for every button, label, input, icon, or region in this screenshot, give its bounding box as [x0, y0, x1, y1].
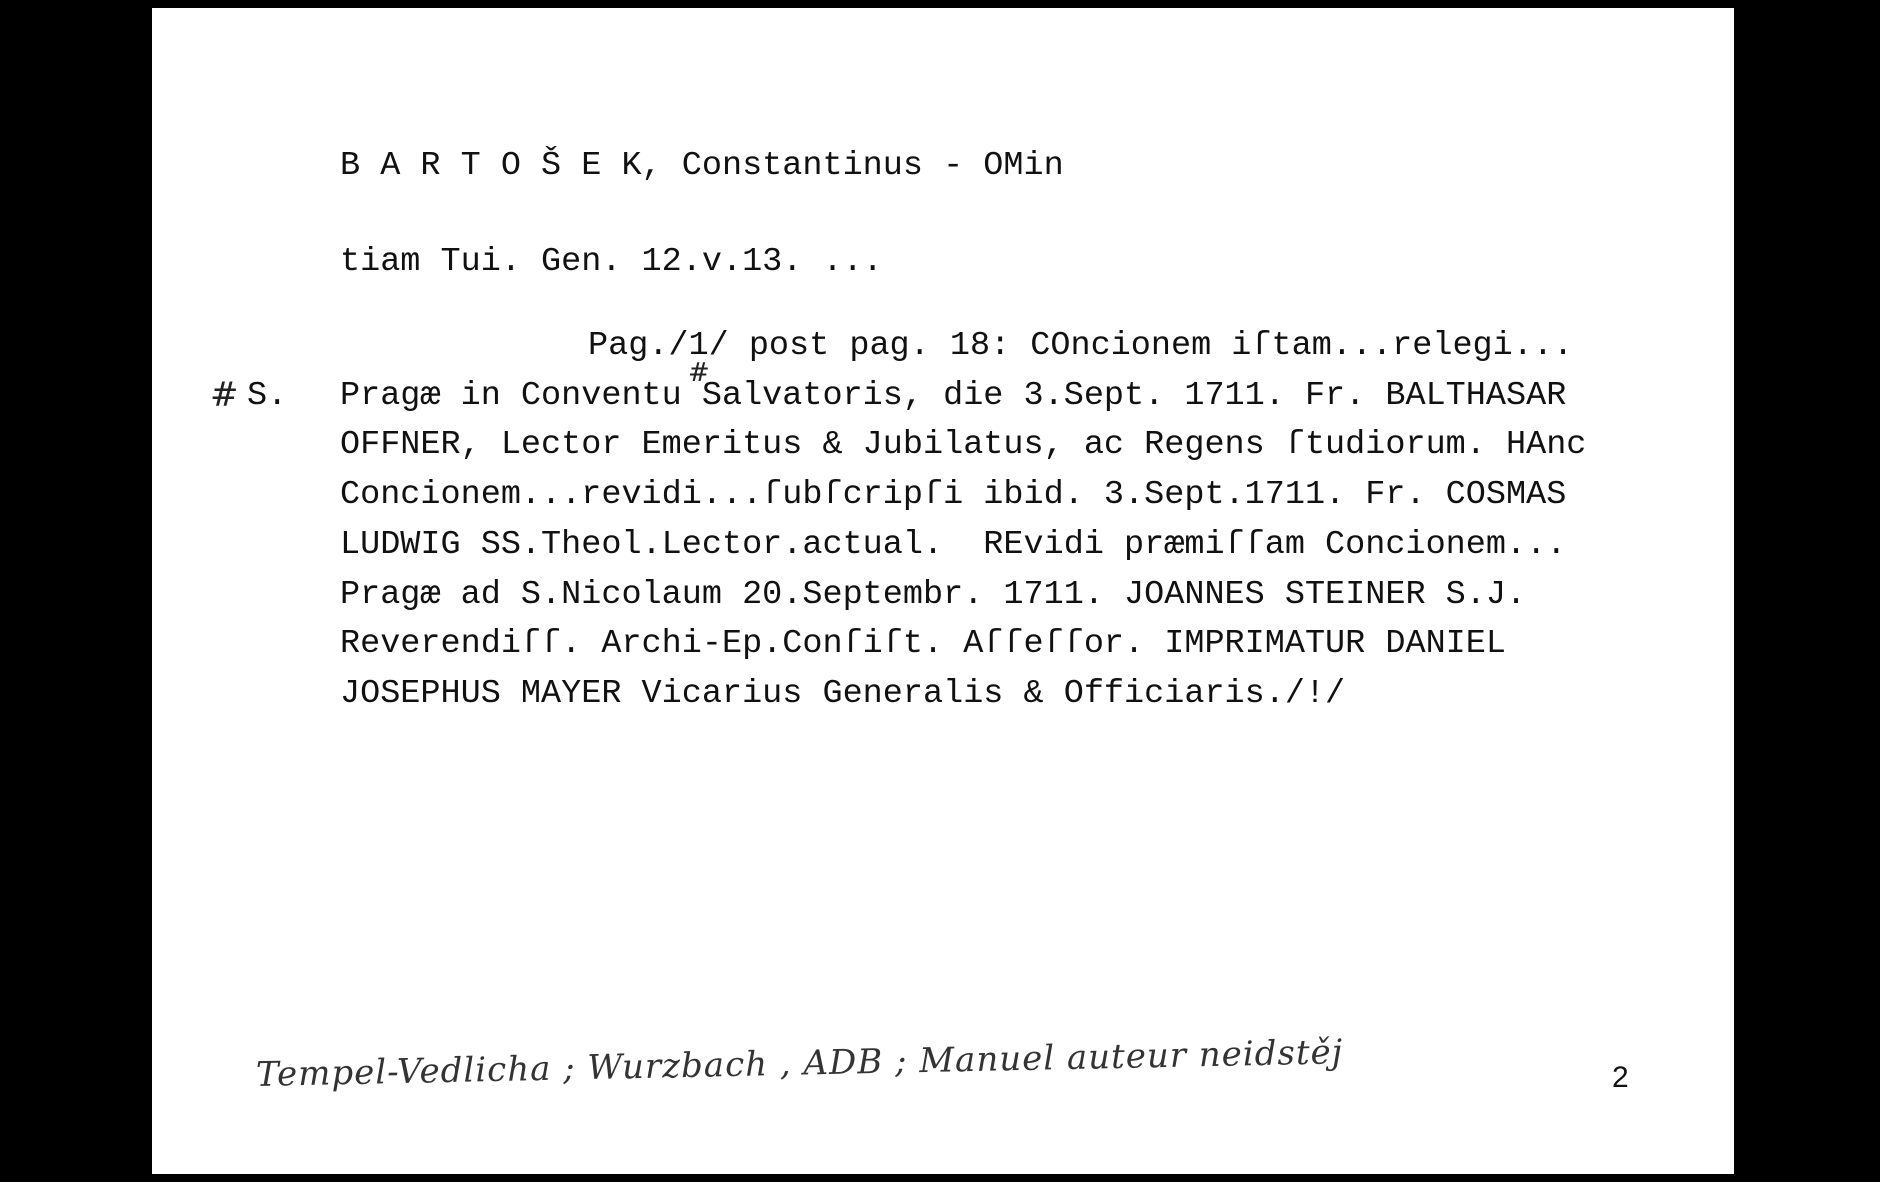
body-line-2: Pragæ in Conventu Salvatoris, die 3.Sept…	[340, 380, 1566, 414]
body-line-7: Reverendiſſ. Archi-Ep.Conſiſt. Aſſeſſor.…	[340, 628, 1506, 662]
body-line-4: Concionem...revidi...ſubſcripſi ibid. 3.…	[340, 479, 1566, 513]
body-line-6: Pragæ ad S.Nicolaum 20.Septembr. 1711. J…	[340, 579, 1526, 613]
body-line-5: LUDWIG SS.Theol.Lector.actual. REvidi pr…	[340, 529, 1566, 563]
handwritten-note: Tempel-Vedlicha ; Wurzbach , ADB ; Manue…	[256, 1035, 1344, 1092]
margin-label: S.	[247, 380, 287, 414]
body-line-3: OFFNER, Lector Emeritus & Jubilatus, ac …	[340, 429, 1586, 463]
title-fragment: tiam Tui. Gen. 12.v.13. ...	[340, 246, 883, 280]
index-card: B A R T O Š E K, Constantinus - OMin tia…	[152, 8, 1734, 1174]
hash-mark-icon: #	[210, 378, 239, 412]
body-line-1: Pag./1/ post pag. 18: COncionem iſtam...…	[588, 330, 1573, 364]
body-line-8: JOSEPHUS MAYER Vicarius Generalis & Offi…	[340, 678, 1345, 712]
card-heading: B A R T O Š E K, Constantinus - OMin	[340, 150, 1064, 184]
page-number: 2	[1612, 1063, 1629, 1093]
